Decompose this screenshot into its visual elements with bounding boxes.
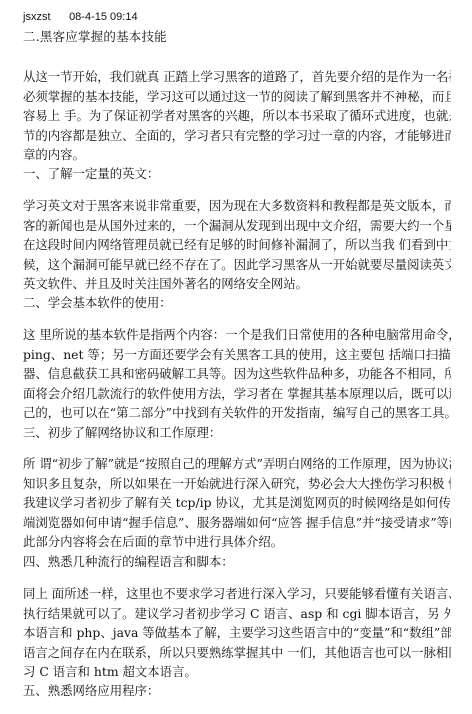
section-heading-network-apps: 五、熟悉网络应用程序： [23,681,159,701]
paragraph-line: 客的新闻也是从国外过来的，一个漏洞从发现到出现中文介绍，需要大约一个星期的时间， [23,216,451,236]
paragraph-line: 面将会介绍几款流行的软件使用方法，学习者在 掌握其基本原理以后，既可以选择适合自 [23,384,451,404]
paragraph-line: ping、net 等；另一方面还要学会有关黑客工具的使用，这主要包 括端口扫描器… [23,345,451,365]
paragraph-line: 语言之间存在内在联系，所以只要熟练掌握其中 一们，其他语言也可以一脉相同，建议学 [23,643,451,663]
paragraph-line: 在这段时间内网络管理员就已经有足够的时间修补漏洞了，所以当我 们看到中文介绍的时 [23,235,451,255]
paragraph-line: 同上 面所述一样，这里也不要求学习者进行深入学习，只要能够看懂有关语言、知道程序 [23,584,451,604]
paragraph-line: 习 C 语言和 htm 超文本语言。 [23,662,451,682]
section-paragraph-software: 这 里所说的基本软件是指两个内容：一个是我们日常使用的各种电脑常用命令，例如 f… [23,325,451,423]
paragraph-line: 必须掌握的基本技能，学习这可以通过这一节的阅读了解到黑客并不神秘，而且学习起来很 [23,87,451,107]
paragraph-line: 容易上 手。为了保证初学者对黑客的兴趣，所以本书采取了循环式进度，也就是说每一章 [23,106,451,126]
author-name: jsxzst [23,11,66,23]
paragraph-line: 端浏览器如何申请“握手信息”、服务器端如何“应答 握手信息”并“接受请求”等内容… [23,513,451,533]
section-paragraph-protocols: 所 谓“初步了解”就是“按照自己的理解方式”弄明白网络的工作原理，因为协议涉及的… [23,454,451,552]
document-title: 二.黑客应掌握的基本技能 [23,27,167,45]
paragraph-line: 章的内容。 [23,145,451,165]
paragraph-line: 节的内容都是独立、全面的，学习者只有完整的学习过一章的内容，才能够进而学 习下一 [23,126,451,146]
paragraph-line: 器、信息截获工具和密码破解工具等。因为这些软件品种多，功能各不相同，所以本书在后 [23,364,451,384]
post-timestamp: 08-4-15 09:14 [69,11,138,23]
section-heading-programming: 四、熟悉几种流行的编程语言和脚本： [23,552,234,572]
paragraph-line: 学习英文对于黑客来说非常重要，因为现在大多数资料和教程都是英文版本，而且有 关黑 [23,196,451,216]
paragraph-line: 执行结果就可以了。建议学习者初步学习 C 语言、asp 和 cgi 脚本语言，另… [23,604,451,624]
paragraph-line: 这 里所说的基本软件是指两个内容：一个是我们日常使用的各种电脑常用命令，例如 f… [23,325,451,345]
post-header: jsxzst 08-4-15 09:14 [23,11,138,23]
section-heading-protocols: 三、初步了解网络协议和工作原理： [23,423,221,443]
intro-paragraph: 从这一节开始，我们就真 正踏上学习黑客的道路了，首先要介绍的是作为一名初级黑客所… [23,67,451,165]
paragraph-line: 本语言和 php、java 等做基本了解，主要学习这些语言中的“变量”和“数组”… [23,623,451,643]
paragraph-line: 英文软件、并且及时关注国外著名的网络安全网站。 [23,274,451,294]
paragraph-line: 我建议学习者初步了解有关 tcp/ip 协议，尤其是浏览网页的时候网络是如何传递… [23,493,451,513]
section-heading-software: 二、学会基本软件的使用： [23,293,172,313]
paragraph-line: 己的，也可以在“第二部分”中找到有关软件的开发指南，编写自己的黑客工具。 [23,403,451,423]
section-paragraph-programming: 同上 面所述一样，这里也不要求学习者进行深入学习，只要能够看懂有关语言、知道程序… [23,584,451,682]
paragraph-line: 知识多且复杂，所以如果在一开始就进行深入研究，势必会大大挫伤学习积极 性。在这里 [23,474,451,494]
document-page: jsxzst 08-4-15 09:14 二.黑客应掌握的基本技能 从这一节开始… [0,0,472,714]
paragraph-line: 此部分内容将会在后面的章节中进行具体介绍。 [23,532,451,552]
section-paragraph-english: 学习英文对于黑客来说非常重要，因为现在大多数资料和教程都是英文版本，而且有 关黑… [23,196,451,294]
section-heading-english: 一、了解一定量的英文： [23,164,159,184]
paragraph-line: 从这一节开始，我们就真 正踏上学习黑客的道路了，首先要介绍的是作为一名初级黑客所 [23,67,451,87]
paragraph-line: 候，这个漏洞可能早就已经不存在了。因此学习黑客从一开始就要尽量阅读英文资料、使用 [23,255,451,275]
paragraph-line: 所 谓“初步了解”就是“按照自己的理解方式”弄明白网络的工作原理，因为协议涉及的 [23,454,451,474]
